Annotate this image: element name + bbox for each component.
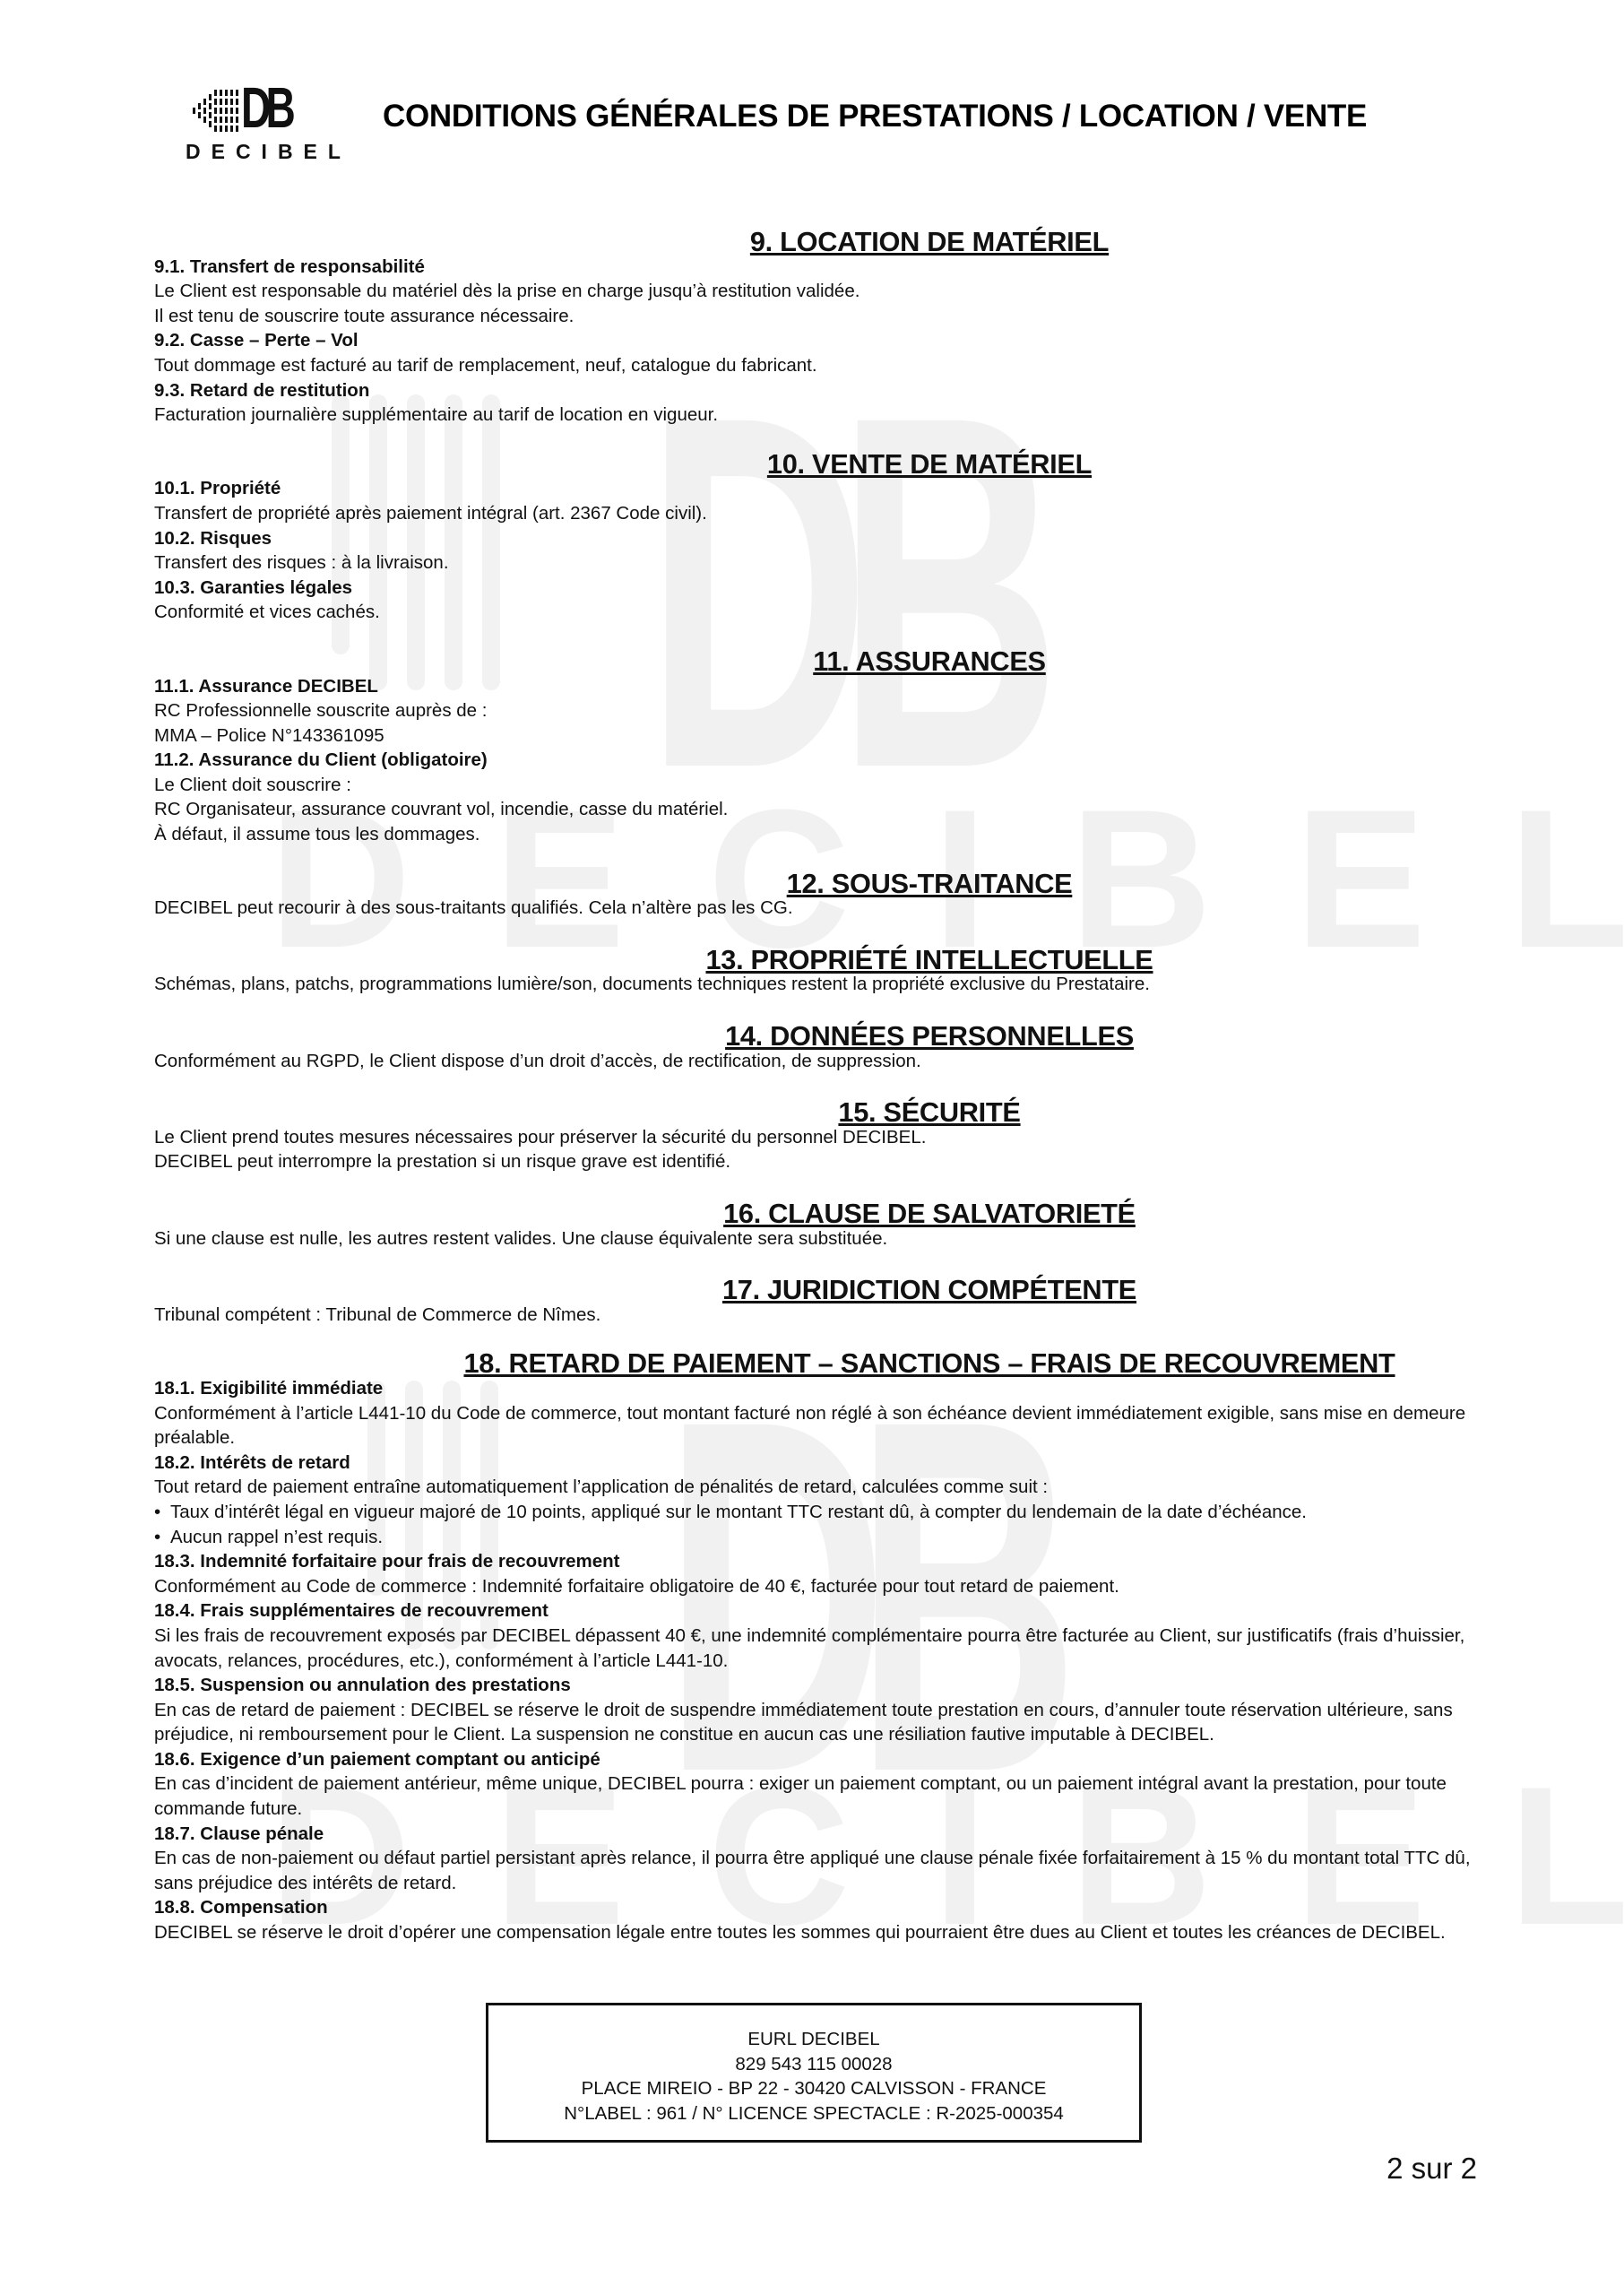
section-15: 15. SÉCURITÉLe Client prend toutes mesur… [154,1073,1490,1174]
body-text: Transfert de propriété après paiement in… [154,501,1490,526]
section-17: 17. JURIDICTION COMPÉTENTETribunal compé… [154,1251,1490,1327]
section-title: 13. PROPRIÉTÉ INTELLECTUELLE [154,948,1490,973]
body-text: Tribunal compétent : Tribunal de Commerc… [154,1303,1490,1328]
section-11: 11. ASSURANCES11.1. Assurance DECIBELRC … [154,625,1490,847]
section-title: 10. VENTE DE MATÉRIEL [154,452,1490,477]
body-text: À défaut, il assume tous les dommages. [154,822,1490,847]
body-text: RC Professionnelle souscrite auprès de : [154,698,1490,723]
bullet-item: Aucun rappel n’est requis. [154,1525,1490,1550]
section-title: 16. CLAUSE DE SALVATORIETÉ [154,1201,1490,1226]
section-16: 16. CLAUSE DE SALVATORIETÉSi une clause … [154,1174,1490,1251]
body-text: Conformément au Code de commerce : Indem… [154,1574,1490,1599]
subsection-heading: 9.2. Casse – Perte – Vol [154,328,1490,353]
section-9: 9. LOCATION DE MATÉRIEL9.1. Transfert de… [154,229,1490,428]
body-text: Transfert des risques : à la livraison. [154,550,1490,576]
body-text: Tout retard de paiement entraîne automat… [154,1475,1490,1500]
decibel-logo: DB DECIBEL [186,84,356,165]
section-title: 17. JURIDICTION COMPÉTENTE [154,1277,1490,1303]
body-text: RC Organisateur, assurance couvrant vol,… [154,797,1490,822]
body-text: Conformément à l’article L441-10 du Code… [154,1401,1490,1451]
body-text: Schémas, plans, patchs, programmations l… [154,972,1490,997]
company-info-box: EURL DECIBEL 829 543 115 00028 PLACE MIR… [486,2003,1142,2143]
section-14: 14. DONNÉES PERSONNELLESConformément au … [154,997,1490,1073]
body-text: Le Client doit souscrire : [154,773,1490,798]
company-licenses: N°LABEL : 961 / N° LICENCE SPECTACLE : R… [488,2101,1139,2126]
subsection-heading: 18.4. Frais supplémentaires de recouvrem… [154,1598,1490,1624]
subsection-heading: 9.1. Transfert de responsabilité [154,255,1490,280]
section-title: 18. RETARD DE PAIEMENT – SANCTIONS – FRA… [154,1351,1490,1376]
body-text: Il est tenu de souscrire toute assurance… [154,304,1490,329]
subsection-heading: 18.6. Exigence d’un paiement comptant ou… [154,1747,1490,1772]
subsection-heading: 18.3. Indemnité forfaitaire pour frais d… [154,1549,1490,1574]
body-text: En cas de retard de paiement : DECIBEL s… [154,1698,1490,1747]
subsection-heading: 11.1. Assurance DECIBEL [154,674,1490,699]
body-text: Facturation journalière supplémentaire a… [154,403,1490,428]
company-name: EURL DECIBEL [488,2027,1139,2052]
body-text: En cas d’incident de paiement antérieur,… [154,1771,1490,1821]
subsection-heading: 18.2. Intérêts de retard [154,1451,1490,1476]
page-number: 2 sur 2 [1386,2152,1477,2186]
page-header: DB DECIBEL CONDITIONS GÉNÉRALES DE PREST… [186,77,1624,167]
subsection-heading: 18.7. Clause pénale [154,1822,1490,1847]
subsection-heading: 10.1. Propriété [154,476,1490,501]
logo-monogram: DB [241,79,290,136]
body-text: Le Client est responsable du matériel dè… [154,279,1490,304]
body-text: Si les frais de recouvrement exposés par… [154,1624,1490,1673]
section-title: 14. DONNÉES PERSONNELLES [154,1024,1490,1049]
bullet-item: Taux d’intérêt légal en vigueur majoré d… [154,1500,1490,1525]
subsection-heading: 10.2. Risques [154,526,1490,551]
section-13: 13. PROPRIÉTÉ INTELLECTUELLESchémas, pla… [154,921,1490,997]
body-text: En cas de non-paiement ou défaut partiel… [154,1846,1490,1895]
logo-wordmark: DECIBEL [186,140,351,164]
subsection-heading: 18.1. Exigibilité immédiate [154,1376,1490,1401]
subsection-heading: 11.2. Assurance du Client (obligatoire) [154,748,1490,773]
body-text: Si une clause est nulle, les autres rest… [154,1226,1490,1251]
bullet-list: Taux d’intérêt légal en vigueur majoré d… [154,1500,1490,1549]
body-text: Tout dommage est facturé au tarif de rem… [154,353,1490,378]
body-text: DECIBEL peut interrompre la prestation s… [154,1149,1490,1174]
body-text: Conformément au RGPD, le Client dispose … [154,1049,1490,1074]
body-text: DECIBEL peut recourir à des sous-traitan… [154,896,1490,921]
section-10: 10. VENTE DE MATÉRIEL10.1. PropriétéTran… [154,428,1490,625]
section-title: 15. SÉCURITÉ [154,1100,1490,1125]
logo-equalizer-icon [193,90,238,132]
section-title: 9. LOCATION DE MATÉRIEL [154,229,1490,255]
body-text: Le Client prend toutes mesures nécessair… [154,1125,1490,1150]
subsection-heading: 18.8. Compensation [154,1895,1490,1920]
body-text: Conformité et vices cachés. [154,600,1490,625]
terms-content: 9. LOCATION DE MATÉRIEL9.1. Transfert de… [154,229,1490,1945]
body-text: MMA – Police N°143361095 [154,723,1490,749]
section-title: 12. SOUS-TRAITANCE [154,871,1490,896]
section-title: 11. ASSURANCES [154,649,1490,674]
subsection-heading: 9.3. Retard de restitution [154,378,1490,403]
company-siret: 829 543 115 00028 [488,2052,1139,2077]
company-address: PLACE MIREIO - BP 22 - 30420 CALVISSON -… [488,2076,1139,2101]
subsection-heading: 18.5. Suspension ou annulation des prest… [154,1673,1490,1698]
subsection-heading: 10.3. Garanties légales [154,576,1490,601]
section-18: 18. RETARD DE PAIEMENT – SANCTIONS – FRA… [154,1327,1490,1944]
document-title: CONDITIONS GÉNÉRALES DE PRESTATIONS / LO… [383,99,1367,134]
section-12: 12. SOUS-TRAITANCEDECIBEL peut recourir … [154,847,1490,921]
body-text: DECIBEL se réserve le droit d’opérer une… [154,1920,1490,1945]
